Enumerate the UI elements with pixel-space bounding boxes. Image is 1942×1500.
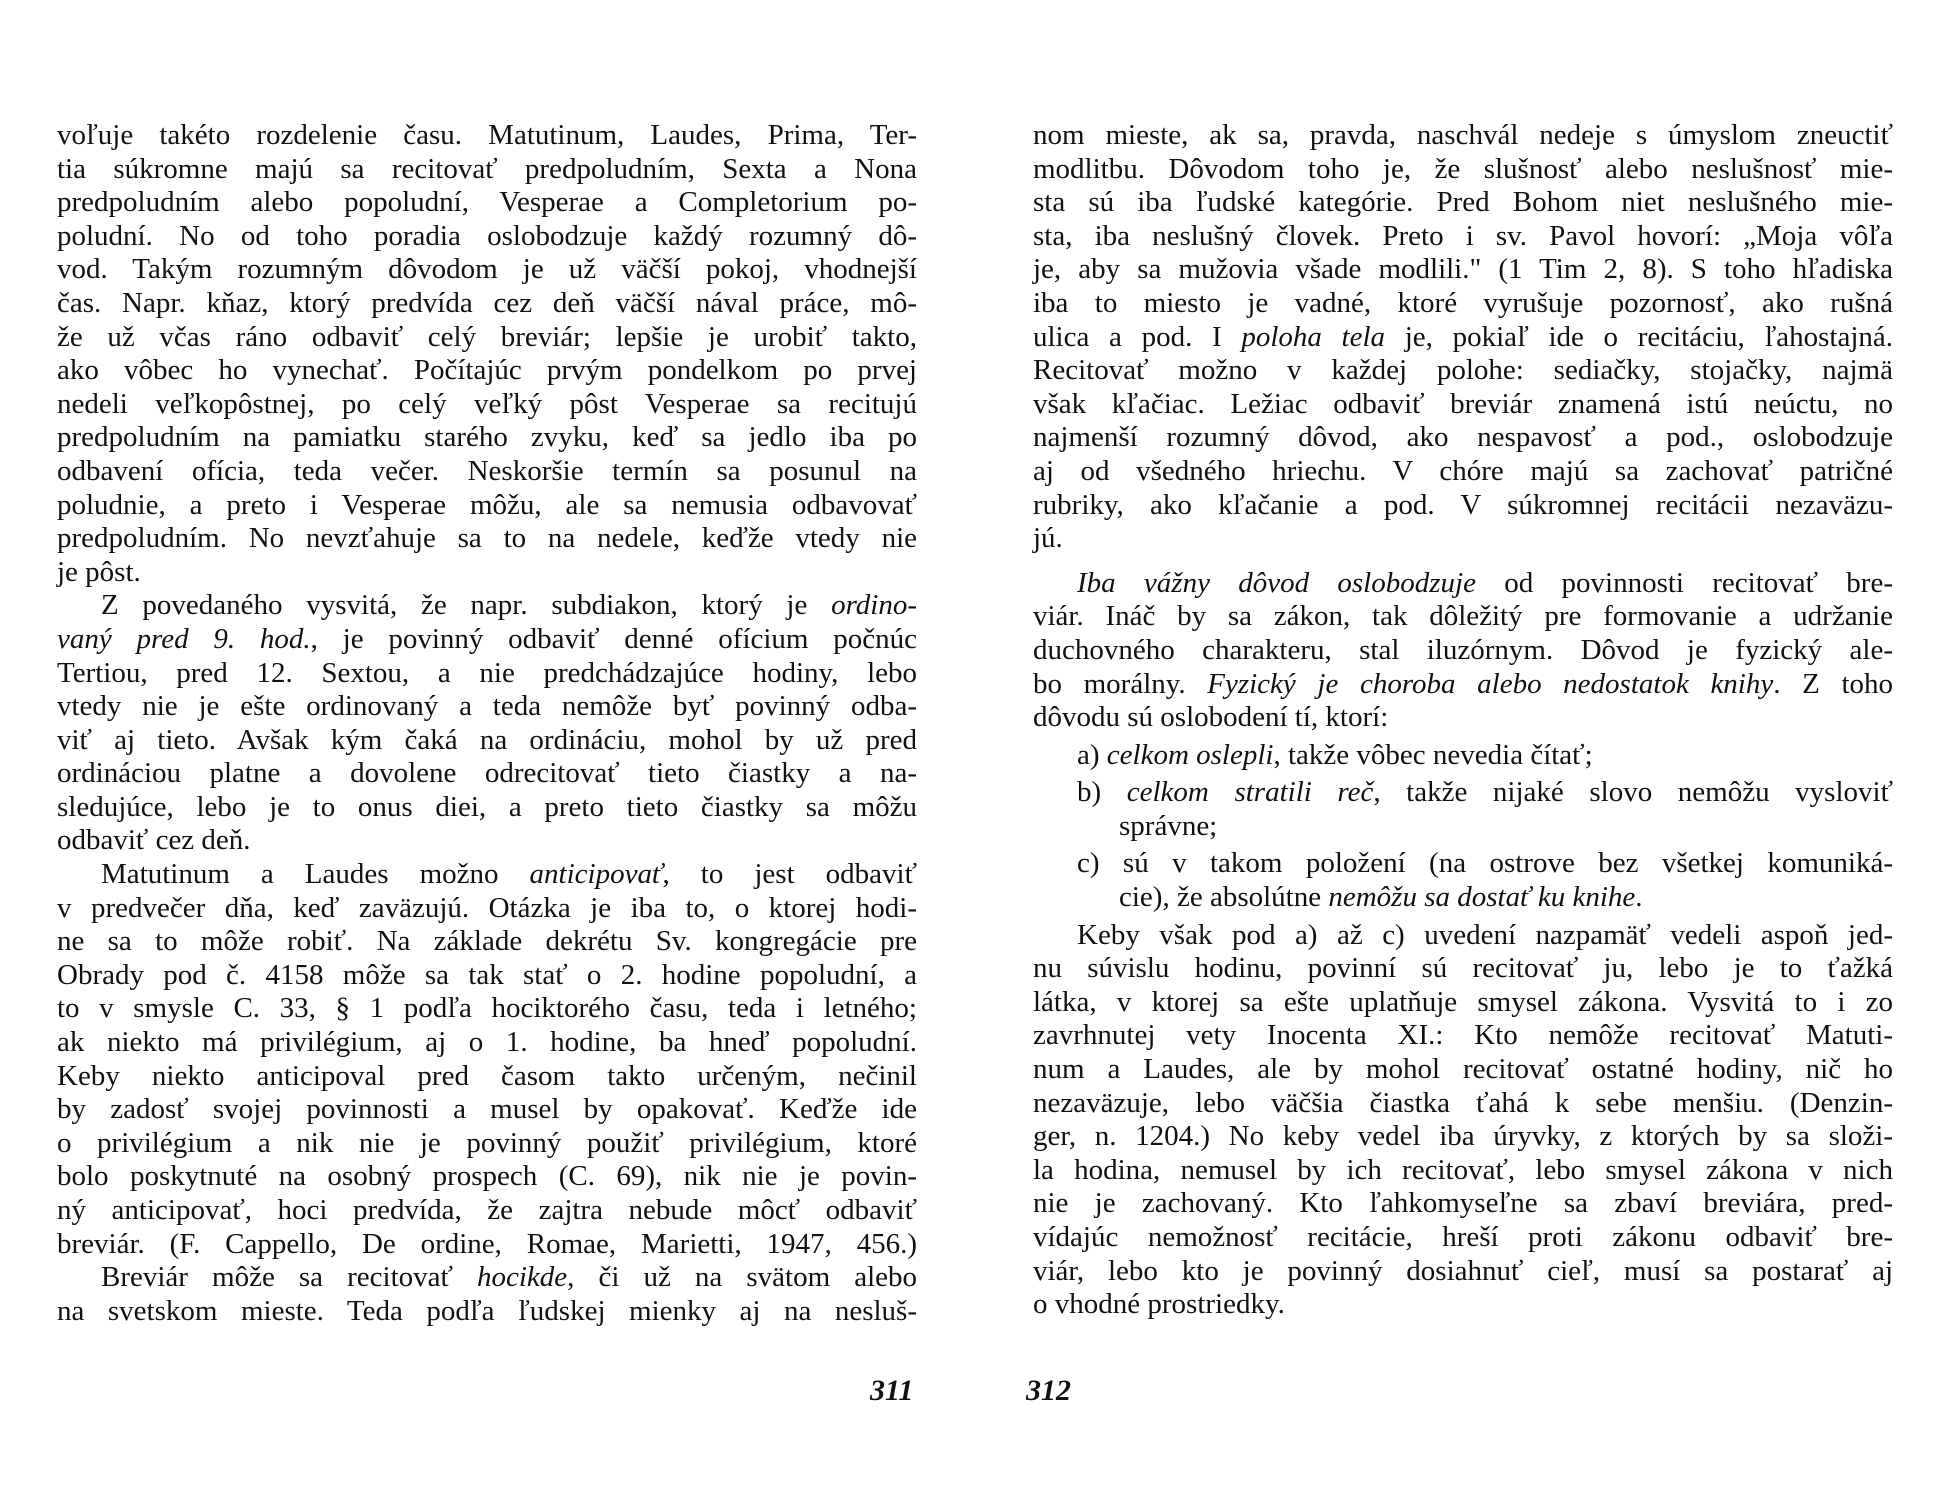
text-run: sledujúce, lebo je to onus diei, a preto… (57, 791, 917, 823)
text-line: viár. Ináč by sa zákon, tak dôležitý pre… (1033, 600, 1893, 634)
text-line: vtedy nie je ešte ordinovaný a teda nemô… (57, 690, 917, 724)
text-line: duchovného charakteru, stal iluzórnym. D… (1033, 634, 1893, 668)
text-line: Breviár môže sa recitovať hocikde, či už… (57, 1261, 917, 1295)
italic-text: Fyzický je choroba alebo nedostatok knih… (1207, 668, 1773, 700)
text-line: poludnie, a preto i Vesperae môžu, ale s… (57, 489, 917, 523)
text-run: od povinnosti recitovať bre- (1476, 567, 1893, 599)
text-line: čas. Napr. kňaz, ktorý predvída cez deň … (57, 287, 917, 321)
text-line: rubriky, ako kľačanie a pod. V súkromnej… (1033, 489, 1893, 523)
italic-text: celkom oslepli (1107, 739, 1274, 771)
text-line: Tertiou, pred 12. Sextou, a nie predchád… (57, 657, 917, 691)
text-line: ný anticipovať, hoci predvída, že zajtra… (57, 1194, 917, 1228)
text-run: ne sa to môže robiť. Na základe dekrétu … (57, 925, 917, 957)
text-line: bo morálny. Fyzický je choroba alebo ned… (1033, 668, 1893, 702)
text-line: num a Laudes, ale by mohol recitovať ost… (1033, 1053, 1893, 1087)
text-line: a) celkom oslepli, takže vôbec nevedia č… (1033, 739, 1893, 773)
text-line: tia súkromne majú sa recitovať predpolud… (57, 153, 917, 187)
text-line: Keby však pod a) až c) uvedení nazpamäť … (1033, 919, 1893, 953)
text-run: že už včas ráno odbaviť celý breviár; le… (57, 321, 917, 353)
text-run: dôvodu sú oslobodení tí, ktorí: (1033, 701, 1388, 733)
text-line: Recitovať možno v každej polohe: sediačk… (1033, 354, 1893, 388)
text-line: predpoludním na pamiatku starého zvyku, … (57, 421, 917, 455)
text-run: je pôst. (57, 556, 141, 588)
italic-text: vaný pred 9. hod. (57, 623, 311, 655)
text-run: o vhodné prostriedky. (1033, 1288, 1285, 1320)
text-run: la hodina, nemusel by ich recitovať, leb… (1033, 1154, 1893, 1186)
text-run: voľuje takéto rozdelenie času. Matutinum… (57, 119, 917, 151)
italic-text: hocikde (477, 1261, 567, 1293)
text-line: Keby niekto anticipoval pred časom takto… (57, 1060, 917, 1094)
text-line: predpoludním. No nevzťahuje sa to na ned… (57, 522, 917, 556)
page-312-text: nom mieste, ak sa, pravda, naschvál nede… (1033, 119, 1893, 1322)
text-line: na svetskom mieste. Teda podľa ľudskej m… (57, 1295, 917, 1329)
text-run: je, pokiaľ ide o recitáciu, ľahostajná. (1385, 321, 1893, 353)
text-line: by zadosť svojej povinnosti a musel by o… (57, 1093, 917, 1127)
text-run: Matutinum a Laudes možno (101, 858, 530, 890)
text-run: nom mieste, ak sa, pravda, naschvál nede… (1033, 119, 1893, 151)
text-line: nedeli veľkopôstnej, po celý veľký pôst … (57, 388, 917, 422)
text-run: ulica a pod. I (1033, 321, 1241, 353)
text-line: aj od všedného hriechu. V chóre majú sa … (1033, 455, 1893, 489)
text-line: je, aby sa mužovia všade modlili." (1 Ti… (1033, 253, 1893, 287)
text-run: iba to miesto je vadné, ktoré vyrušuje p… (1033, 287, 1893, 319)
text-run: , či už na svätom alebo (567, 1261, 917, 1293)
text-line: b) celkom stratili reč, takže nijaké slo… (1033, 776, 1893, 810)
text-run: predpoludním. No nevzťahuje sa to na ned… (57, 522, 917, 554)
text-line: modlitbu. Dôvodom toho je, že slušnosť a… (1033, 153, 1893, 187)
text-line: najmenší rozumný dôvod, ako nespavosť a … (1033, 421, 1893, 455)
text-run: poludní. No od toho poradia oslobodzuje … (57, 220, 917, 252)
text-run: odbaviť cez deň. (57, 824, 251, 856)
text-run: Obrady pod č. 4158 môže sa tak stať o 2.… (57, 959, 917, 991)
page-number-left: 311 (870, 1374, 913, 1408)
text-line: iba to miesto je vadné, ktoré vyrušuje p… (1033, 287, 1893, 321)
text-line: cie), že absolútne nemôžu sa dostať ku k… (1033, 881, 1893, 915)
text-line: viť aj tieto. Avšak kým čaká na ordináci… (57, 724, 917, 758)
text-run: vod. Takým rozumným dôvodom je už väčší … (57, 253, 917, 285)
text-run: Tertiou, pred 12. Sextou, a nie predchád… (57, 657, 917, 689)
text-line: nom mieste, ak sa, pravda, naschvál nede… (1033, 119, 1893, 153)
text-line: o vhodné prostriedky. (1033, 1288, 1893, 1322)
text-run: Z povedaného vysvitá, že napr. subdiakon… (101, 589, 831, 621)
text-run: Keby niekto anticipoval pred časom takto… (57, 1060, 917, 1092)
text-run: sta sú iba ľudské kategórie. Pred Bohom … (1033, 186, 1893, 218)
text-run: nezaväzuje, lebo väčšia čiastka ťahá k s… (1033, 1087, 1893, 1119)
text-run: modlitbu. Dôvodom toho je, že slušnosť a… (1033, 153, 1893, 185)
text-line: Matutinum a Laudes možno anticipovať, to… (57, 858, 917, 892)
text-run: v predvečer dňa, keď zaväzujú. Otázka je… (57, 892, 917, 924)
text-line: ak niekto má privilégium, aj o 1. hodine… (57, 1026, 917, 1060)
text-run: , takže nijaké slovo nemôžu vysloviť (1373, 776, 1893, 808)
text-run: ako vôbec ho vynechať. Počítajúc prvým p… (57, 354, 917, 386)
text-run: ordináciou platne a dovolene odrecitovať… (57, 757, 917, 789)
text-run: aj od všedného hriechu. V chóre majú sa … (1033, 455, 1893, 487)
text-line: o privilégium a nik nie je povinný použi… (57, 1127, 917, 1161)
paragraph-gap (1033, 556, 1893, 567)
text-run: nedeli veľkopôstnej, po celý veľký pôst … (57, 388, 917, 420)
text-run: breviár. (F. Cappello, De ordine, Romae,… (57, 1228, 917, 1260)
text-run: správne; (1119, 810, 1217, 842)
text-run: ný anticipovať, hoci predvída, že zajtra… (57, 1194, 917, 1226)
text-run: predpoludním na pamiatku starého zvyku, … (57, 421, 917, 453)
text-run: čas. Napr. kňaz, ktorý predvída cez deň … (57, 287, 917, 319)
text-run: . (1635, 881, 1642, 913)
text-run: b) (1077, 776, 1127, 808)
text-run: , takže vôbec nevedia čítať; (1273, 739, 1592, 771)
text-run: ak niekto má privilégium, aj o 1. hodine… (57, 1026, 917, 1058)
text-run: , je povinný odbaviť denné ofícium počnú… (311, 623, 917, 655)
text-line: látka, v ktorej sa ešte uplatňuje smysel… (1033, 986, 1893, 1020)
text-run: jú. (1033, 522, 1063, 554)
text-run: by zadosť svojej povinnosti a musel by o… (57, 1093, 917, 1125)
text-line: je pôst. (57, 556, 917, 590)
text-line: viár, lebo kto je povinný dosiahnuť cieľ… (1033, 1255, 1893, 1289)
italic-text: anticipovať (530, 858, 663, 890)
text-run: nie je zachovaný. Kto ľahkomyseľne sa zb… (1033, 1187, 1893, 1219)
page-number-right: 312 (1026, 1374, 1071, 1408)
text-line: ordináciou platne a dovolene odrecitovať… (57, 757, 917, 791)
text-line: ako vôbec ho vynechať. Počítajúc prvým p… (57, 354, 917, 388)
text-run: najmenší rozumný dôvod, ako nespavosť a … (1033, 421, 1893, 453)
text-run: odbavení ofícia, teda večer. Neskoršie t… (57, 455, 917, 487)
text-line: jú. (1033, 522, 1893, 556)
text-run: predpoludním alebo popoludní, Vesperae a… (57, 186, 917, 218)
text-line: v predvečer dňa, keď zaväzujú. Otázka je… (57, 892, 917, 926)
text-run: látka, v ktorej sa ešte uplatňuje smysel… (1033, 986, 1893, 1018)
text-run: to v smysle C. 33, § 1 podľa hociktorého… (57, 992, 917, 1024)
italic-text: Iba vážny dôvod oslobodzuje (1077, 567, 1476, 599)
text-line: ger, n. 1204.) No keby vedel iba úryvky,… (1033, 1120, 1893, 1154)
text-run: bolo poskytnuté na osobný prospech (C. 6… (57, 1160, 917, 1192)
text-line: nezaväzuje, lebo väčšia čiastka ťahá k s… (1033, 1087, 1893, 1121)
text-line: však kľačiac. Ležiac odbaviť breviár zna… (1033, 388, 1893, 422)
text-line: odbaviť cez deň. (57, 824, 917, 858)
text-run: rubriky, ako kľačanie a pod. V súkromnej… (1033, 489, 1893, 521)
text-run: bo morálny. (1033, 668, 1207, 700)
text-line: voľuje takéto rozdelenie času. Matutinum… (57, 119, 917, 153)
page-311-text: voľuje takéto rozdelenie času. Matutinum… (57, 119, 917, 1328)
text-line: bolo poskytnuté na osobný prospech (C. 6… (57, 1160, 917, 1194)
text-line: ulica a pod. I poloha tela je, pokiaľ id… (1033, 321, 1893, 355)
text-line: vídajúc nemožnosť recitácie, hreší proti… (1033, 1221, 1893, 1255)
text-line: dôvodu sú oslobodení tí, ktorí: (1033, 701, 1893, 735)
text-run: viár. Ináč by sa zákon, tak dôležitý pre… (1033, 600, 1893, 632)
text-run: Recitovať možno v každej polohe: sediačk… (1033, 354, 1893, 386)
text-run: na svetskom mieste. Teda podľa ľudskej m… (57, 1295, 917, 1327)
text-run: , to jest odbaviť (663, 858, 917, 890)
italic-text: ordino- (831, 589, 917, 621)
text-run: a) (1077, 739, 1107, 771)
text-run: ger, n. 1204.) No keby vedel iba úryvky,… (1033, 1120, 1893, 1152)
text-line: správne; (1033, 810, 1893, 844)
text-run: však kľačiac. Ležiac odbaviť breviár zna… (1033, 388, 1893, 420)
text-line: sta sú iba ľudské kategórie. Pred Bohom … (1033, 186, 1893, 220)
text-run: viár, lebo kto je povinný dosiahnuť cieľ… (1033, 1255, 1893, 1287)
text-line: nie je zachovaný. Kto ľahkomyseľne sa zb… (1033, 1187, 1893, 1221)
text-run: je, aby sa mužovia všade modlili." (1 Ti… (1033, 253, 1893, 285)
text-run: . Z toho (1773, 668, 1893, 700)
text-line: breviár. (F. Cappello, De ordine, Romae,… (57, 1228, 917, 1262)
text-line: zavrhnutej vety Inocenta XI.: Kto nemôže… (1033, 1019, 1893, 1053)
text-line: nu súvislu hodinu, povinní sú recitovať … (1033, 952, 1893, 986)
text-run: sta, iba neslušný človek. Preto i sv. Pa… (1033, 220, 1893, 252)
text-run: vídajúc nemožnosť recitácie, hreší proti… (1033, 1221, 1893, 1253)
text-line: že už včas ráno odbaviť celý breviár; le… (57, 321, 917, 355)
text-run: duchovného charakteru, stal iluzórnym. D… (1033, 634, 1893, 666)
text-run: cie), že absolútne (1119, 881, 1328, 913)
text-run: poludnie, a preto i Vesperae môžu, ale s… (57, 489, 917, 521)
text-run: Keby však pod a) až c) uvedení nazpamäť … (1077, 919, 1893, 951)
text-run: Breviár môže sa recitovať (101, 1261, 477, 1293)
text-run: vtedy nie je ešte ordinovaný a teda nemô… (57, 690, 917, 722)
text-line: c) sú v takom položení (na ostrove bez v… (1033, 847, 1893, 881)
text-line: vod. Takým rozumným dôvodom je už väčší … (57, 253, 917, 287)
text-line: vaný pred 9. hod., je povinný odbaviť de… (57, 623, 917, 657)
italic-text: celkom stratili reč (1127, 776, 1374, 808)
text-line: odbavení ofícia, teda večer. Neskoršie t… (57, 455, 917, 489)
italic-text: poloha tela (1241, 321, 1385, 353)
text-run: viť aj tieto. Avšak kým čaká na ordináci… (57, 724, 917, 756)
text-run: nu súvislu hodinu, povinní sú recitovať … (1033, 952, 1893, 984)
text-line: Iba vážny dôvod oslobodzuje od povinnost… (1033, 567, 1893, 601)
text-run: o privilégium a nik nie je povinný použi… (57, 1127, 917, 1159)
text-line: sledujúce, lebo je to onus diei, a preto… (57, 791, 917, 825)
text-line: ne sa to môže robiť. Na základe dekrétu … (57, 925, 917, 959)
text-line: poludní. No od toho poradia oslobodzuje … (57, 220, 917, 254)
text-run: c) sú v takom položení (na ostrove bez v… (1077, 847, 1893, 879)
text-line: predpoludním alebo popoludní, Vesperae a… (57, 186, 917, 220)
text-run: zavrhnutej vety Inocenta XI.: Kto nemôže… (1033, 1019, 1893, 1051)
text-line: Z povedaného vysvitá, že napr. subdiakon… (57, 589, 917, 623)
text-line: to v smysle C. 33, § 1 podľa hociktorého… (57, 992, 917, 1026)
text-line: Obrady pod č. 4158 môže sa tak stať o 2.… (57, 959, 917, 993)
text-line: sta, iba neslušný človek. Preto i sv. Pa… (1033, 220, 1893, 254)
italic-text: nemôžu sa dostať ku knihe (1328, 881, 1635, 913)
text-run: tia súkromne majú sa recitovať predpolud… (57, 153, 917, 185)
text-line: la hodina, nemusel by ich recitovať, leb… (1033, 1154, 1893, 1188)
text-run: num a Laudes, ale by mohol recitovať ost… (1033, 1053, 1893, 1085)
